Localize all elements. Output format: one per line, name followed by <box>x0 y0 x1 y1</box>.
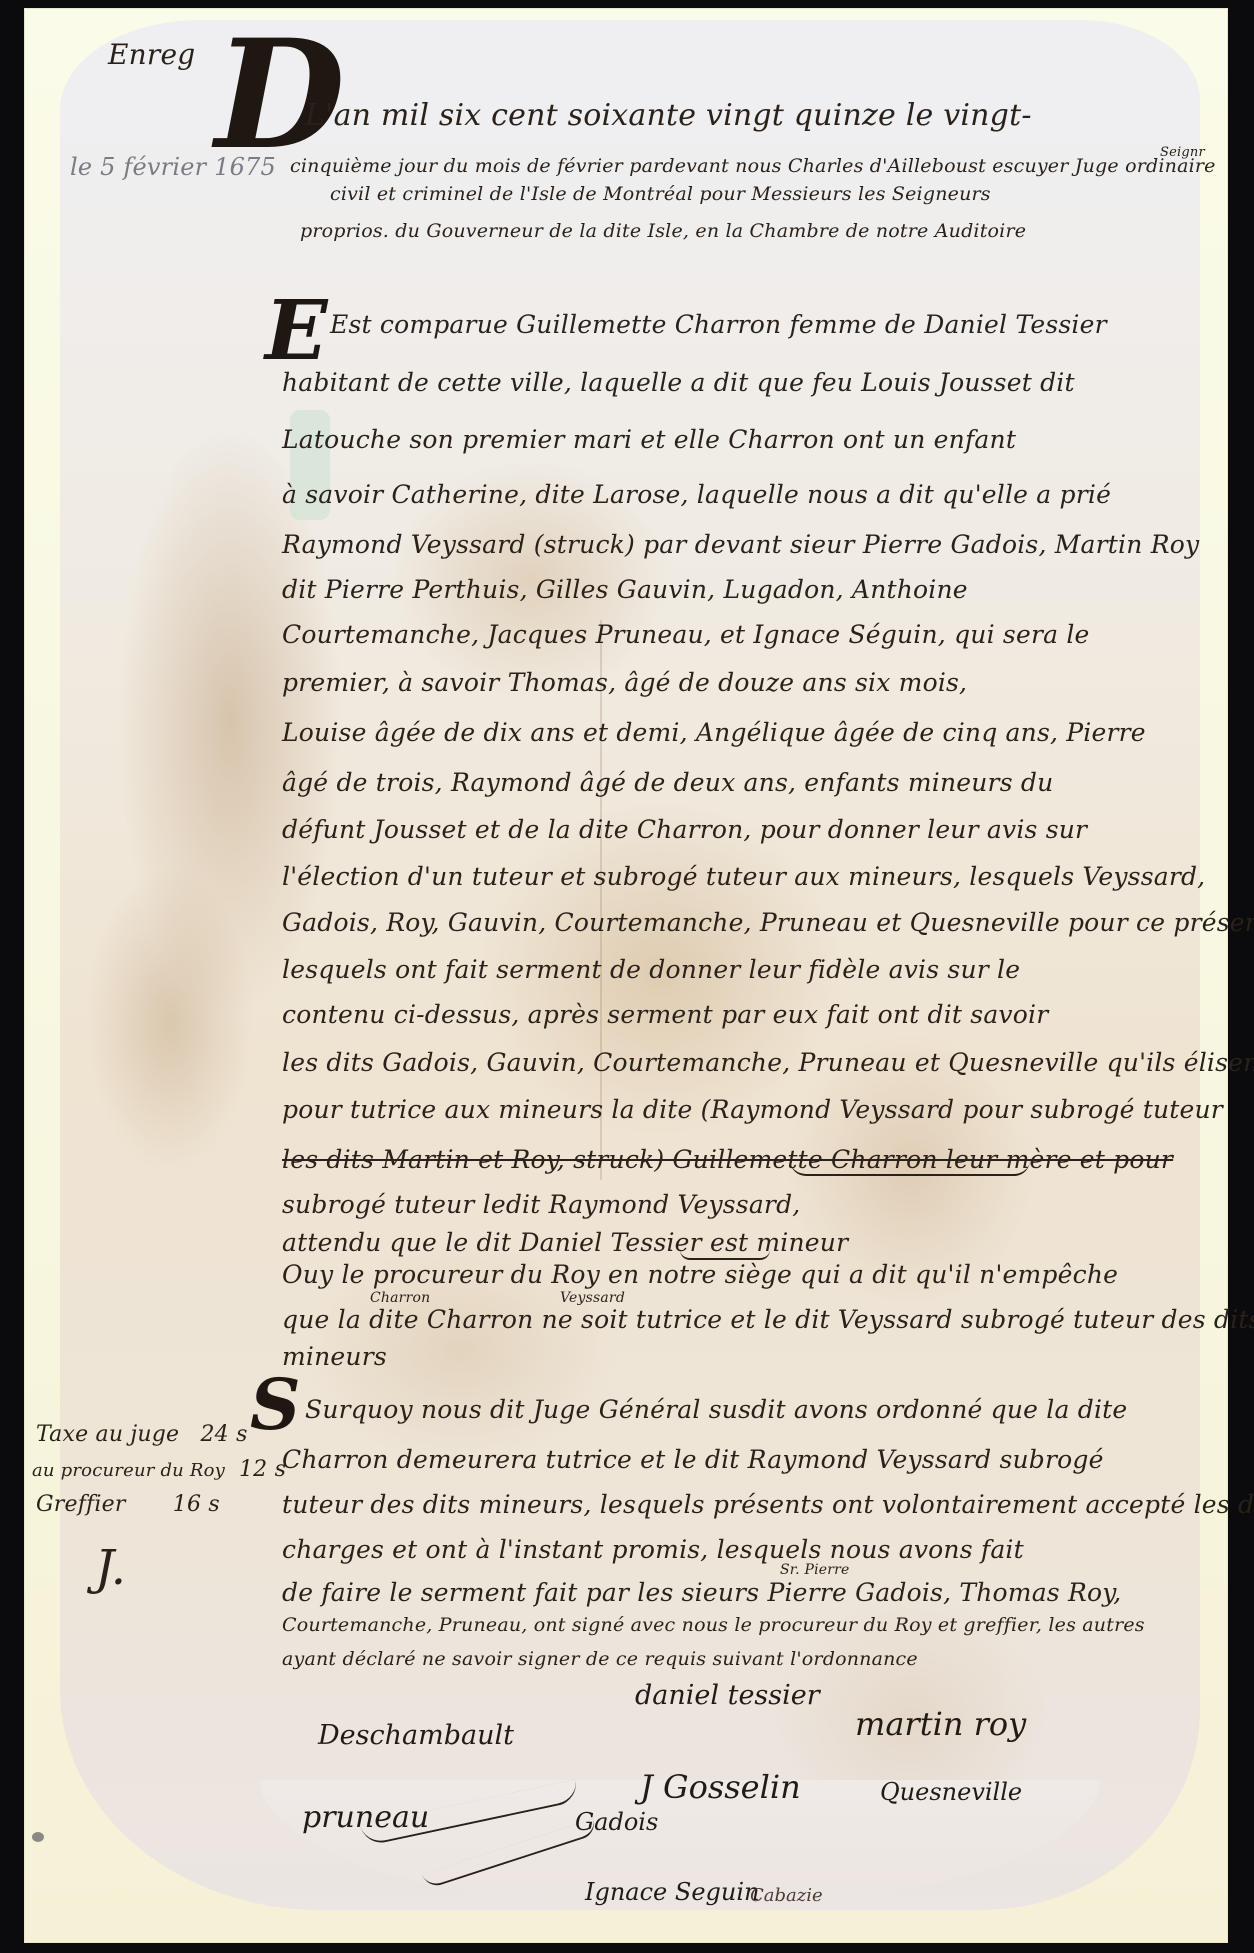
signature-seguin: Ignace Seguin <box>585 1878 759 1906</box>
decorated-initial: D <box>215 20 345 170</box>
paragraph-1-line-1: L'an mil six cent soixante vingt quinze … <box>305 98 1032 133</box>
paragraph-2-line-19: subrogé tuteur ledit Raymond Veyssard, <box>282 1190 800 1219</box>
fee-line-3: Greffier 16 s <box>36 1490 220 1520</box>
paragraph-2-line-2: habitant de cette ville, laquelle a dit … <box>282 368 1075 397</box>
paragraph-1-line-4: proprios. du Gouverneur de la dite Isle,… <box>300 220 1026 242</box>
fee-label: Greffier <box>36 1492 126 1517</box>
mount-spot <box>32 1832 44 1842</box>
paragraph-initial: E <box>265 290 328 372</box>
paragraph-2-line-3: Latouche son premier mari et elle Charro… <box>282 425 1016 454</box>
signature-cabazie: Cabazie <box>750 1885 823 1906</box>
paragraph-4-line-2: Charron demeurera tutrice et le dit Raym… <box>282 1445 1104 1474</box>
paragraph-2-line-17: pour tutrice aux mineurs la dite (Raymon… <box>282 1095 1223 1124</box>
paragraph-2-line-11: défunt Jousset et de la dite Charron, po… <box>282 815 1087 844</box>
paragraph-4-line-3: tuteur des dits mineurs, lesquels présen… <box>282 1490 1254 1519</box>
paragraph-1-line-3: civil et criminel de l'Isle de Montréal … <box>330 183 991 205</box>
margin-paraph: J. <box>95 1540 126 1596</box>
scan-frame: Enreg le 5 février 1675 D L'an mil six c… <box>0 0 1254 1953</box>
paragraph-2-line-8: premier, à savoir Thomas, âgé de douze a… <box>282 668 967 697</box>
signature-deschambault: Deschambault <box>318 1720 514 1751</box>
signature-gosselin: J Gosselin <box>640 1768 801 1806</box>
registration-annotation: Enreg <box>108 40 195 70</box>
paragraph-2-line-13: Gadois, Roy, Gauvin, Courtemanche, Prune… <box>282 908 1254 937</box>
fee-line-1: Taxe au juge 24 s <box>36 1420 248 1450</box>
interlinear-veyssard: Veyssard <box>560 1290 625 1306</box>
paragraph-2-line-5: Raymond Veyssard (struck) par devant sie… <box>282 530 1199 559</box>
paragraph-4-line-4: charges et ont à l'instant promis, lesqu… <box>282 1535 1024 1564</box>
fee-amount: 12 s <box>239 1457 286 1482</box>
fee-label: Taxe au juge <box>36 1422 179 1447</box>
paragraph-2-line-18-struck: les dits Martin et Roy, struck) Guilleme… <box>282 1145 1173 1174</box>
fee-amount: 24 s <box>200 1422 247 1447</box>
interlinear-sr-pierre: Sr. Pierre <box>780 1562 850 1578</box>
signature-daniel-tessier: daniel tessier <box>635 1680 820 1711</box>
paragraph-2-line-6: dit Pierre Perthuis, Gilles Gauvin, Luga… <box>282 575 968 604</box>
fee-amount: 16 s <box>173 1492 220 1517</box>
line-end-flourish <box>680 1250 770 1260</box>
fee-line-2: au procureur du Roy 12 s <box>32 1455 286 1486</box>
paragraph-2-line-12: l'élection d'un tuteur et subrogé tuteur… <box>282 862 1205 891</box>
signature-quesneville: Quesneville <box>880 1778 1022 1806</box>
paragraph-2-line-1: Est comparue Guillemette Charron femme d… <box>330 310 1107 339</box>
interlinear-charron: Charron <box>370 1290 430 1306</box>
paragraph-2-line-4: à savoir Catherine, dite Larose, laquell… <box>282 480 1111 509</box>
paragraph-3-line-1: Ouy le procureur du Roy en notre siège q… <box>282 1260 1118 1289</box>
paragraph-4-line-7: ayant déclaré ne savoir signer de ce req… <box>282 1648 918 1670</box>
paragraph-2-line-14: lesquels ont fait serment de donner leur… <box>282 955 1020 984</box>
paragraph-3-line-2: que la dite Charron ne soit tutrice et l… <box>282 1305 1254 1334</box>
paragraph-4-line-5: de faire le serment fait par les sieurs … <box>282 1578 1121 1607</box>
paragraph-1-line-2: cinquième jour du mois de février pardev… <box>290 155 1216 177</box>
paragraph-initial-s: S <box>250 1370 301 1440</box>
paragraph-2-line-9: Louise âgée de dix ans et demi, Angéliqu… <box>282 718 1146 747</box>
paragraph-4-line-1: Surquoy nous dit Juge Général susdit avo… <box>305 1395 1127 1424</box>
paragraph-2-line-16: les dits Gadois, Gauvin, Courtemanche, P… <box>282 1048 1254 1077</box>
paragraph-2-line-7: Courtemanche, Jacques Pruneau, et Ignace… <box>282 620 1090 649</box>
fee-label: au procureur du Roy <box>32 1460 225 1481</box>
paragraph-2-line-15: contenu ci-dessus, après serment par eux… <box>282 1000 1048 1029</box>
paragraph-2-line-10: âgé de trois, Raymond âgé de deux ans, e… <box>282 768 1053 797</box>
signature-martin-roy: martin roy <box>855 1705 1026 1743</box>
paragraph-4-line-6: Courtemanche, Pruneau, ont signé avec no… <box>282 1614 1145 1636</box>
line-end-flourish <box>790 1160 1030 1176</box>
